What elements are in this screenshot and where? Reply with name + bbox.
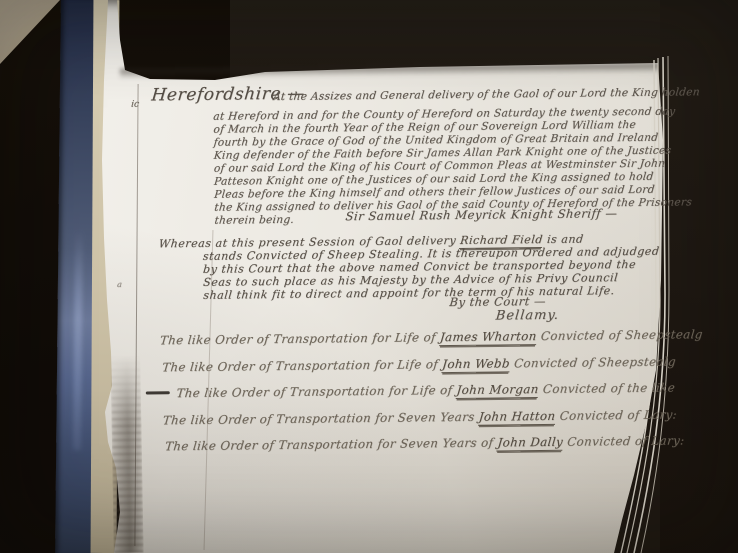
order-convict-name: John Hatton	[478, 409, 556, 426]
order-prefix: The like Order of Transportation for Lif…	[162, 357, 443, 374]
order-prefix: The like Order of Transportation for Sev…	[164, 436, 498, 454]
order-suffix: Convicted of Lary:	[562, 433, 685, 448]
margin-dash	[146, 391, 170, 394]
transportation-order-line: The like Order of Transportation for Lif…	[159, 327, 703, 347]
margin-mark: ic	[131, 100, 140, 110]
transportation-order-line: The like Order of Transportation for Sev…	[164, 433, 685, 453]
order-prefix: The like Order of Transportation for Lif…	[176, 383, 457, 400]
transportation-order-line: The like Order of Transportation for Lif…	[162, 354, 677, 374]
order-suffix: Convicted of Sheepstealg	[509, 354, 676, 370]
order-convict-name: John Dally	[497, 435, 564, 452]
order-convict-name: John Webb	[441, 356, 510, 373]
handwritten-text-layer: ic Herefordshire — At the Assizes and Ge…	[100, 51, 706, 553]
photo-of-gaol-book-page: ic Herefordshire — At the Assizes and Ge…	[0, 0, 738, 553]
order-convict-name: James Wharton	[439, 329, 537, 346]
transportation-order-line: The like Order of Transportation for Sev…	[162, 407, 678, 427]
order-prefix: The like Order of Transportation for Sev…	[162, 410, 479, 428]
by-the-court: By the Court —	[449, 294, 547, 309]
pencil-mark: a	[117, 280, 123, 289]
order-suffix: Convicted of the like	[538, 380, 676, 396]
sheriff-line: Sir Samuel Rush Meyrick Knight Sheriff —	[345, 206, 618, 223]
order-convict-name: John Morgan	[456, 382, 540, 399]
caption-line: therein being.	[214, 214, 295, 227]
whereas-text-post: is and	[542, 233, 584, 246]
transportation-order-line: The like Order of Transportation for Lif…	[176, 380, 676, 400]
order-suffix: Convicted of Sheepstealg	[536, 327, 703, 343]
caption-line: At the Assizes and General delivery of t…	[273, 86, 701, 103]
order-prefix: The like Order of Transportation for Lif…	[159, 330, 440, 347]
order-suffix: Convicted of Lary:	[555, 407, 678, 422]
clerk-signature: Bellamy.	[495, 308, 560, 324]
